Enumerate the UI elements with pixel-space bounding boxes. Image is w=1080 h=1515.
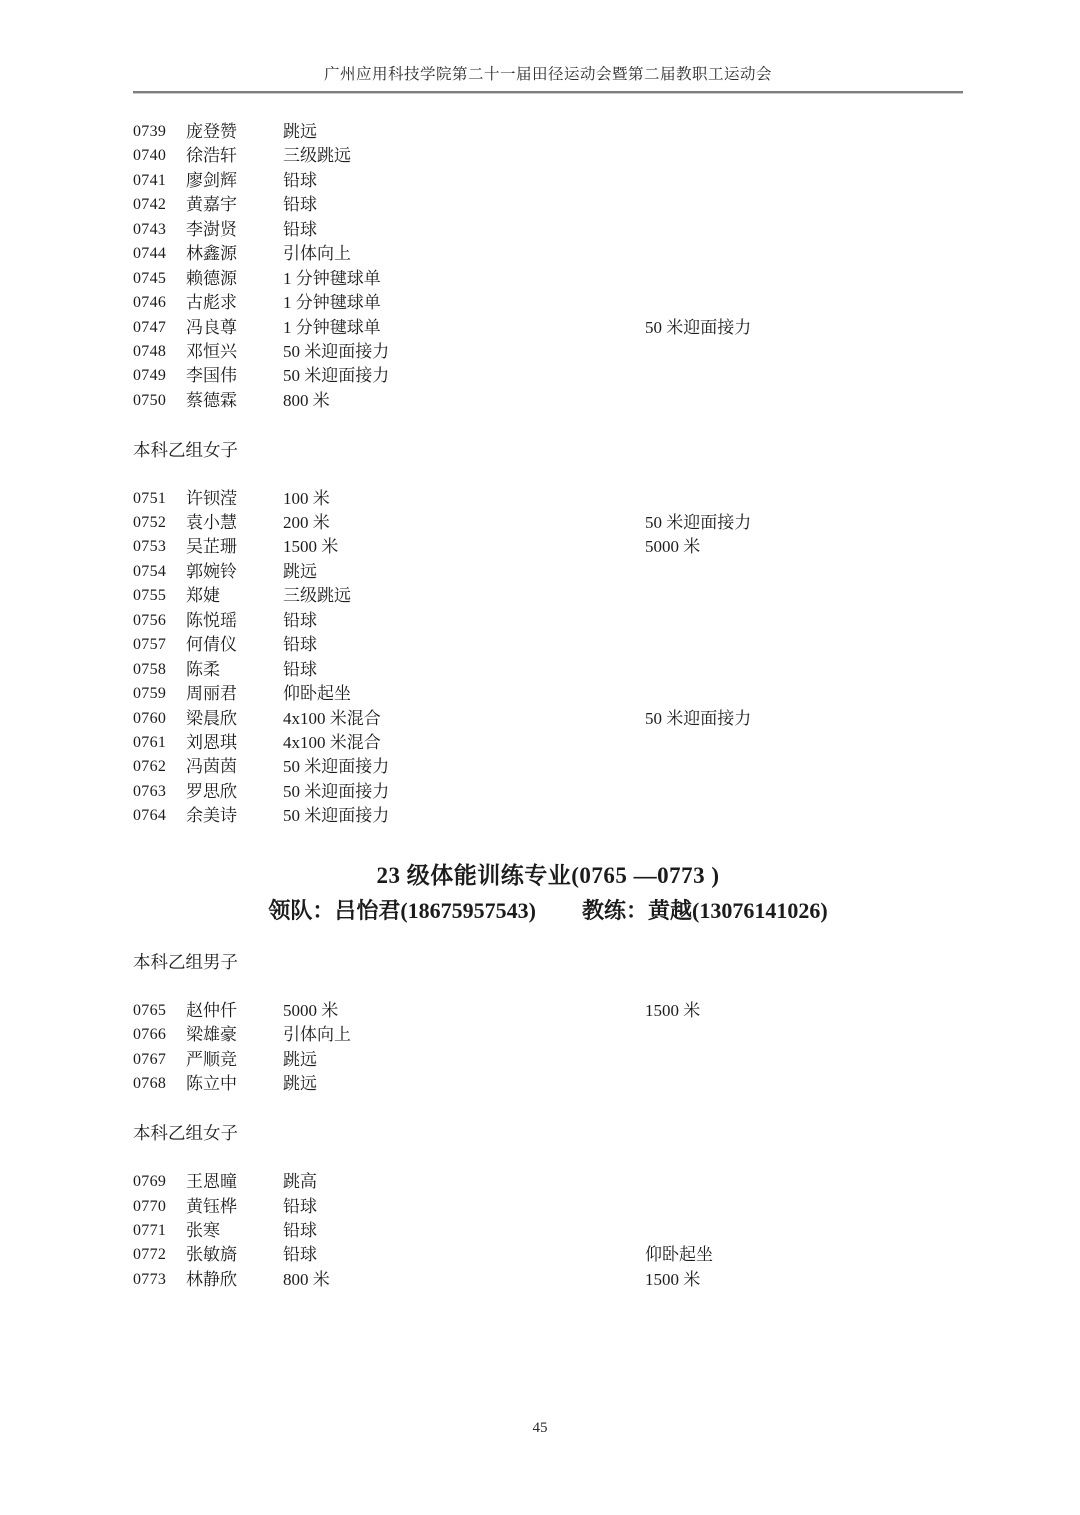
table-row: 0744林鑫源引体向上: [133, 242, 963, 266]
event-primary: 1500 米: [283, 535, 645, 559]
event-primary: 铅球: [283, 1243, 645, 1267]
athlete-number: 0747: [133, 316, 186, 340]
athlete-number: 0745: [133, 267, 186, 291]
table-row: 0741廖剑辉铅球: [133, 169, 963, 193]
leader-coach-line: 领队：吕怡君(18675957543)教练：黄越(13076141026): [133, 896, 963, 926]
athlete-number: 0744: [133, 242, 186, 266]
table-row: 0769王恩曈跳高: [133, 1170, 963, 1194]
event-primary: 跳远: [283, 120, 645, 144]
athlete-number: 0756: [133, 609, 186, 633]
athlete-name: 梁雄豪: [186, 1023, 283, 1047]
event-secondary: [645, 389, 963, 413]
table-row: 0766梁雄豪引体向上: [133, 1023, 963, 1047]
event-primary: 跳远: [283, 1048, 645, 1072]
event-secondary: [645, 1170, 963, 1194]
event-primary: 引体向上: [283, 1023, 645, 1047]
athlete-number: 0766: [133, 1023, 186, 1047]
athlete-number: 0769: [133, 1170, 186, 1194]
event-secondary: [645, 120, 963, 144]
athlete-number: 0741: [133, 169, 186, 193]
event-primary: 4x100 米混合: [283, 731, 645, 755]
athlete-name: 梁晨欣: [186, 707, 283, 731]
event-secondary: [645, 487, 963, 511]
athlete-name: 周丽君: [186, 682, 283, 706]
athlete-number: 0757: [133, 633, 186, 657]
table-row: 0759周丽君仰卧起坐: [133, 682, 963, 706]
event-secondary: [645, 144, 963, 168]
table-row: 0745赖德源1 分钟毽球单: [133, 267, 963, 291]
event-primary: 铅球: [283, 658, 645, 682]
document-header-title: 广州应用科技学院第二十一届田径运动会暨第二届教职工运动会: [133, 0, 963, 85]
athlete-name: 吴芷珊: [186, 535, 283, 559]
table-row: 0739庞登赞跳远: [133, 120, 963, 144]
event-primary: 跳高: [283, 1170, 645, 1194]
event-primary: 50 米迎面接力: [283, 804, 645, 828]
event-secondary: [645, 242, 963, 266]
table-row: 0762冯茵茵50 米迎面接力: [133, 755, 963, 779]
athlete-number: 0743: [133, 218, 186, 242]
event-primary: 三级跳远: [283, 584, 645, 608]
event-secondary: [645, 682, 963, 706]
major-title-block: 23 级体能训练专业(0765 —0773 )领队：吕怡君(1867595754…: [133, 859, 963, 926]
event-secondary: [645, 340, 963, 364]
athlete-number: 0748: [133, 340, 186, 364]
table-row: 0749李国伟50 米迎面接力: [133, 364, 963, 388]
athlete-name: 林鑫源: [186, 242, 283, 266]
event-primary: 1 分钟毽球单: [283, 267, 645, 291]
event-primary: 仰卧起坐: [283, 682, 645, 706]
athlete-number: 0763: [133, 780, 186, 804]
event-secondary: 1500 米: [645, 999, 963, 1023]
event-secondary: [645, 169, 963, 193]
athlete-number: 0754: [133, 560, 186, 584]
event-primary: 50 米迎面接力: [283, 755, 645, 779]
event-secondary: 50 米迎面接力: [645, 316, 963, 340]
athlete-name: 何倩仪: [186, 633, 283, 657]
table-row: 0756陈悦瑶铅球: [133, 609, 963, 633]
event-primary: 三级跳远: [283, 144, 645, 168]
athlete-name: 袁小慧: [186, 511, 283, 535]
athlete-name: 冯良尊: [186, 316, 283, 340]
athlete-number: 0740: [133, 144, 186, 168]
group-section-label: 本科乙组男子: [133, 950, 963, 974]
event-primary: 1 分钟毽球单: [283, 316, 645, 340]
athlete-name: 黄钰桦: [186, 1195, 283, 1219]
roster-group: 0769王恩曈跳高0770黄钰桦铅球0771张寒铅球0772张敏旖铅球仰卧起坐0…: [133, 1170, 963, 1292]
event-secondary: [645, 1195, 963, 1219]
table-row: 0746古彪求1 分钟毽球单: [133, 291, 963, 315]
event-primary: 铅球: [283, 633, 645, 657]
event-secondary: 1500 米: [645, 1268, 963, 1292]
event-secondary: [645, 658, 963, 682]
table-row: 0751许钡滢100 米: [133, 487, 963, 511]
event-primary: 5000 米: [283, 999, 645, 1023]
table-row: 0765赵仲仟5000 米1500 米: [133, 999, 963, 1023]
coach-contact: 教练：黄越(13076141026): [582, 896, 828, 926]
page-number: 45: [0, 1420, 1080, 1437]
event-primary: 4x100 米混合: [283, 707, 645, 731]
table-row: 0750蔡德霖800 米: [133, 389, 963, 413]
athlete-number: 0751: [133, 487, 186, 511]
table-row: 0768陈立中跳远: [133, 1072, 963, 1096]
athlete-name: 严顺竞: [186, 1048, 283, 1072]
athlete-number: 0758: [133, 658, 186, 682]
athlete-name: 李国伟: [186, 364, 283, 388]
event-secondary: [645, 780, 963, 804]
event-secondary: [645, 267, 963, 291]
athlete-number: 0770: [133, 1195, 186, 1219]
event-secondary: [645, 364, 963, 388]
athlete-number: 0742: [133, 193, 186, 217]
athlete-number: 0760: [133, 707, 186, 731]
group-section-label: 本科乙组女子: [133, 438, 963, 462]
athlete-number: 0752: [133, 511, 186, 535]
table-row: 0754郭婉铃跳远: [133, 560, 963, 584]
athlete-number: 0764: [133, 804, 186, 828]
athlete-number: 0753: [133, 535, 186, 559]
table-row: 0773林静欣800 米1500 米: [133, 1268, 963, 1292]
table-row: 0770黄钰桦铅球: [133, 1195, 963, 1219]
event-primary: 铅球: [283, 193, 645, 217]
athlete-number: 0765: [133, 999, 186, 1023]
table-row: 0755郑婕三级跳远: [133, 584, 963, 608]
athlete-name: 陈柔: [186, 658, 283, 682]
event-primary: 50 米迎面接力: [283, 780, 645, 804]
athlete-name: 邓恒兴: [186, 340, 283, 364]
page-inner: 广州应用科技学院第二十一届田径运动会暨第二届教职工运动会 0739庞登赞跳远07…: [0, 0, 1080, 1292]
table-row: 0747冯良尊1 分钟毽球单50 米迎面接力: [133, 316, 963, 340]
roster-group: 0765赵仲仟5000 米1500 米0766梁雄豪引体向上0767严顺竞跳远0…: [133, 999, 963, 1097]
athlete-name: 王恩曈: [186, 1170, 283, 1194]
event-secondary: [645, 1219, 963, 1243]
table-row: 0771张寒铅球: [133, 1219, 963, 1243]
event-secondary: 50 米迎面接力: [645, 511, 963, 535]
table-row: 0748邓恒兴50 米迎面接力: [133, 340, 963, 364]
athlete-name: 蔡德霖: [186, 389, 283, 413]
athlete-number: 0755: [133, 584, 186, 608]
athlete-name: 郭婉铃: [186, 560, 283, 584]
athlete-name: 赵仲仟: [186, 999, 283, 1023]
athlete-name: 陈立中: [186, 1072, 283, 1096]
event-secondary: [645, 218, 963, 242]
table-row: 0761刘恩琪4x100 米混合: [133, 731, 963, 755]
athlete-number: 0750: [133, 389, 186, 413]
event-secondary: [645, 804, 963, 828]
event-secondary: [645, 755, 963, 779]
athlete-name: 廖剑辉: [186, 169, 283, 193]
event-secondary: [645, 1048, 963, 1072]
athlete-number: 0773: [133, 1268, 186, 1292]
event-secondary: [645, 291, 963, 315]
event-secondary: 5000 米: [645, 535, 963, 559]
major-title: 23 级体能训练专业(0765 —0773 ): [133, 859, 963, 893]
roster-group: 0739庞登赞跳远0740徐浩轩三级跳远0741廖剑辉铅球0742黄嘉宇铅球07…: [133, 120, 963, 413]
athlete-name: 冯茵茵: [186, 755, 283, 779]
table-row: 0763罗思欣50 米迎面接力: [133, 780, 963, 804]
event-secondary: [645, 1023, 963, 1047]
athlete-number: 0771: [133, 1219, 186, 1243]
table-row: 0767严顺竞跳远: [133, 1048, 963, 1072]
athlete-name: 徐浩轩: [186, 144, 283, 168]
table-row: 0757何倩仪铅球: [133, 633, 963, 657]
event-primary: 800 米: [283, 1268, 645, 1292]
event-primary: 50 米迎面接力: [283, 364, 645, 388]
event-primary: 800 米: [283, 389, 645, 413]
athlete-number: 0739: [133, 120, 186, 144]
athlete-name: 郑婕: [186, 584, 283, 608]
athlete-number: 0761: [133, 731, 186, 755]
event-primary: 100 米: [283, 487, 645, 511]
table-row: 0760梁晨欣4x100 米混合50 米迎面接力: [133, 707, 963, 731]
table-row: 0743李澍贤铅球: [133, 218, 963, 242]
event-secondary: [645, 193, 963, 217]
event-primary: 1 分钟毽球单: [283, 291, 645, 315]
group-section-label: 本科乙组女子: [133, 1121, 963, 1145]
event-primary: 铅球: [283, 169, 645, 193]
table-row: 0772张敏旖铅球仰卧起坐: [133, 1243, 963, 1267]
event-primary: 铅球: [283, 609, 645, 633]
event-secondary: [645, 609, 963, 633]
roster-group: 0751许钡滢100 米0752袁小慧200 米50 米迎面接力0753吴芷珊1…: [133, 487, 963, 829]
event-primary: 200 米: [283, 511, 645, 535]
event-secondary: [645, 633, 963, 657]
table-row: 0758陈柔铅球: [133, 658, 963, 682]
athlete-name: 许钡滢: [186, 487, 283, 511]
athlete-name: 赖德源: [186, 267, 283, 291]
athlete-name: 庞登赞: [186, 120, 283, 144]
athlete-name: 余美诗: [186, 804, 283, 828]
athlete-name: 张寒: [186, 1219, 283, 1243]
athlete-number: 0772: [133, 1243, 186, 1267]
table-row: 0742黄嘉宇铅球: [133, 193, 963, 217]
event-secondary: [645, 1072, 963, 1096]
athlete-name: 刘恩琪: [186, 731, 283, 755]
event-secondary: 50 米迎面接力: [645, 707, 963, 731]
document-page: 广州应用科技学院第二十一届田径运动会暨第二届教职工运动会 0739庞登赞跳远07…: [0, 0, 1080, 1515]
event-primary: 铅球: [283, 1195, 645, 1219]
event-primary: 引体向上: [283, 242, 645, 266]
event-secondary: [645, 731, 963, 755]
athlete-number: 0746: [133, 291, 186, 315]
athlete-name: 罗思欣: [186, 780, 283, 804]
athlete-name: 黄嘉宇: [186, 193, 283, 217]
athlete-name: 李澍贤: [186, 218, 283, 242]
header-rule: [133, 91, 963, 94]
event-primary: 跳远: [283, 1072, 645, 1096]
event-secondary: 仰卧起坐: [645, 1243, 963, 1267]
event-primary: 50 米迎面接力: [283, 340, 645, 364]
table-row: 0752袁小慧200 米50 米迎面接力: [133, 511, 963, 535]
event-primary: 铅球: [283, 218, 645, 242]
event-primary: 铅球: [283, 1219, 645, 1243]
event-primary: 跳远: [283, 560, 645, 584]
table-row: 0753吴芷珊1500 米5000 米: [133, 535, 963, 559]
table-row: 0764余美诗50 米迎面接力: [133, 804, 963, 828]
athlete-number: 0749: [133, 364, 186, 388]
athlete-number: 0767: [133, 1048, 186, 1072]
athlete-number: 0768: [133, 1072, 186, 1096]
athlete-name: 张敏旖: [186, 1243, 283, 1267]
athlete-name: 陈悦瑶: [186, 609, 283, 633]
athlete-name: 古彪求: [186, 291, 283, 315]
event-secondary: [645, 584, 963, 608]
athlete-number: 0759: [133, 682, 186, 706]
table-row: 0740徐浩轩三级跳远: [133, 144, 963, 168]
event-secondary: [645, 560, 963, 584]
leader-contact: 领队：吕怡君(18675957543): [268, 896, 536, 926]
athlete-number: 0762: [133, 755, 186, 779]
document-body: 0739庞登赞跳远0740徐浩轩三级跳远0741廖剑辉铅球0742黄嘉宇铅球07…: [133, 120, 963, 1292]
athlete-name: 林静欣: [186, 1268, 283, 1292]
